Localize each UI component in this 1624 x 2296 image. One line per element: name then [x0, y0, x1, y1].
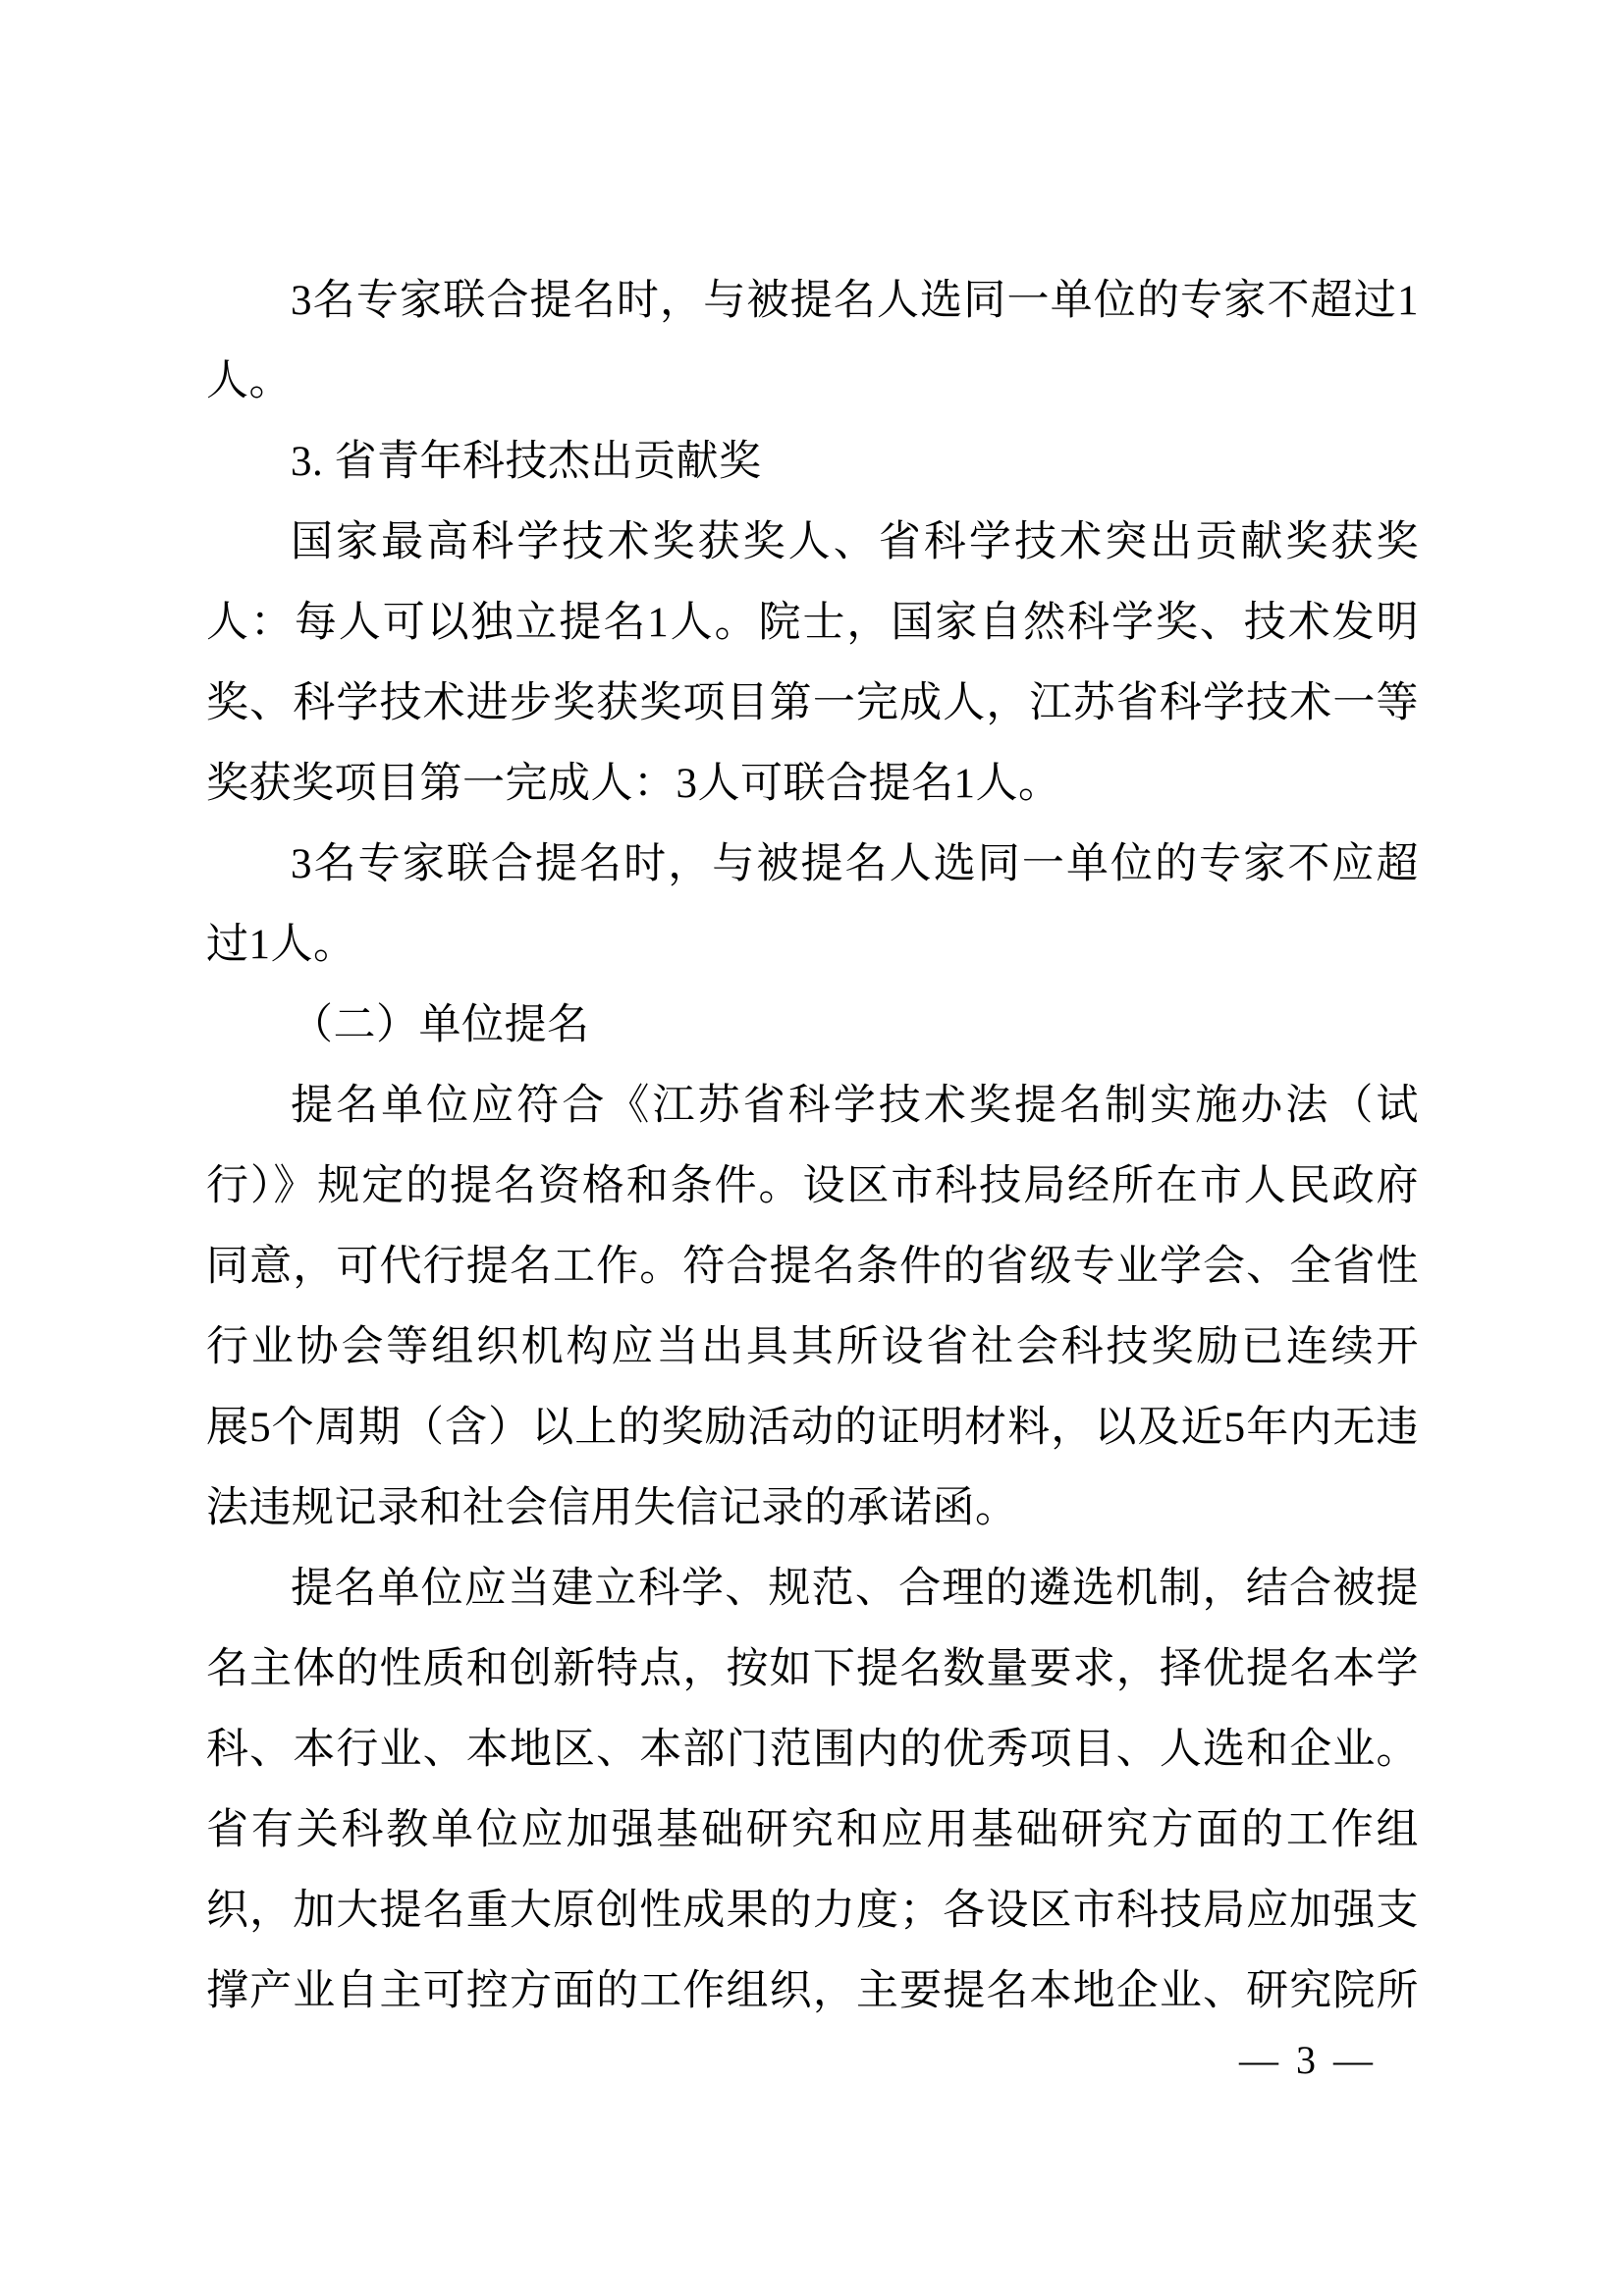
para-nomination-eligibility: 国家最高科学技术奖获奖人、省科学技术突出贡献奖获奖 — [206, 503, 1419, 583]
para-unit-qualification: 行）》规定的提名资格和条件。设区市科技局经所在市人民政府 — [206, 1147, 1419, 1227]
para-selection-mechanism: 提名单位应当建立科学、规范、合理的遴选机制，结合被提 — [206, 1549, 1419, 1629]
para-unit-qualification: 提名单位应符合《江苏省科学技术奖提名制实施办法（试 — [206, 1066, 1419, 1147]
para-nomination-eligibility: 人：每人可以独立提名1人。院士，国家自然科学奖、技术发明 — [206, 583, 1419, 664]
para-selection-mechanism: 省有关科教单位应加强基础研究和应用基础研究方面的工作组 — [206, 1790, 1419, 1871]
para-nomination-eligibility: 奖获奖项目第一完成人：3人可联合提名1人。 — [206, 744, 1419, 825]
heading-unit-nomination: （二）单位提名 — [206, 986, 1419, 1066]
para-joint-limit-second: 过1人。 — [206, 905, 1419, 986]
para-selection-mechanism: 织，加大提名重大原创性成果的力度；各设区市科技局应加强支 — [206, 1871, 1419, 1951]
heading-youth-award: 3. 省青年科技杰出贡献奖 — [206, 422, 1419, 503]
para-unit-qualification: 展5个周期（含）以上的奖励活动的证明材料，以及近5年内无违 — [206, 1388, 1419, 1468]
para-nomination-eligibility: 奖、科学技术进步奖获奖项目第一完成人，江苏省科学技术一等 — [206, 664, 1419, 744]
para-unit-qualification: 法违规记录和社会信用失信记录的承诺函。 — [206, 1468, 1419, 1549]
page-number: — 3 — — [1239, 2038, 1377, 2083]
para-unit-qualification: 同意，可代行提名工作。符合提名条件的省级专业学会、全省性 — [206, 1227, 1419, 1308]
para-expert-joint-limit: 3名专家联合提名时，与被提名人选同一单位的专家不超过1 — [206, 261, 1419, 342]
document-body: 3名专家联合提名时，与被提名人选同一单位的专家不超过1人。3. 省青年科技杰出贡… — [206, 261, 1419, 2032]
para-unit-qualification: 行业协会等组织机构应当出具其所设省社会科技奖励已连续开 — [206, 1308, 1419, 1388]
document-page: 3名专家联合提名时，与被提名人选同一单位的专家不超过1人。3. 省青年科技杰出贡… — [0, 0, 1624, 2296]
para-selection-mechanism: 科、本行业、本地区、本部门范围内的优秀项目、人选和企业。 — [206, 1710, 1419, 1790]
para-joint-limit-second: 3名专家联合提名时，与被提名人选同一单位的专家不应超 — [206, 825, 1419, 905]
para-expert-joint-limit: 人。 — [206, 342, 1419, 422]
para-selection-mechanism: 撑产业自主可控方面的工作组织，主要提名本地企业、研究院所 — [206, 1951, 1419, 2032]
para-selection-mechanism: 名主体的性质和创新特点，按如下提名数量要求，择优提名本学 — [206, 1629, 1419, 1710]
